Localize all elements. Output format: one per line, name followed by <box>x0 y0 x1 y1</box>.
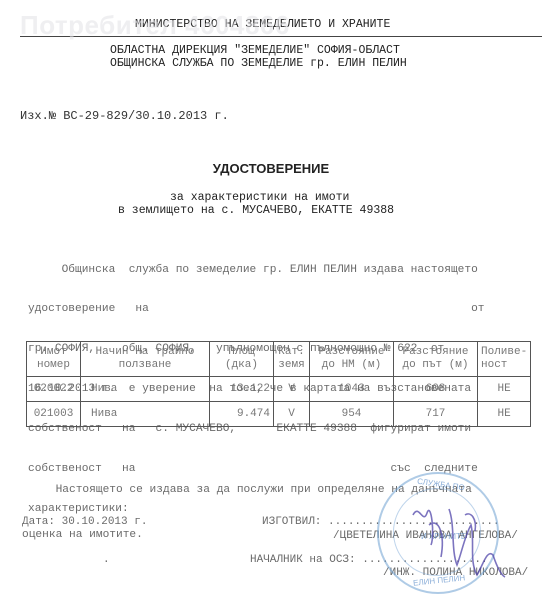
area: 13.122 <box>210 377 274 402</box>
area: 9.474 <box>210 402 274 427</box>
property-table: Имотномер Начин на трайноползване Площ(д… <box>26 341 531 427</box>
land-use: Нива <box>81 377 210 402</box>
header-distance-settlement: Разстояниедо НМ (м) <box>310 342 394 377</box>
issue-date: Дата: 30.10.2013 г. <box>22 516 147 528</box>
header-distance-road: Разстояниедо път (м) <box>394 342 478 377</box>
land-use: Нива <box>81 402 210 427</box>
stray-dot: . <box>103 554 110 566</box>
body-line: удостоверение на от <box>28 303 485 316</box>
land-category: V <box>274 402 310 427</box>
table-row: 021003 Нива 9.474 V 954 717 НЕ <box>27 402 531 427</box>
header-irrigation: Поливе-ност <box>478 342 531 377</box>
property-number: 021003 <box>27 402 81 427</box>
irrigation: НЕ <box>478 402 531 427</box>
body-line: Общинска служба по земеделие гр. ЕЛИН ПЕ… <box>28 264 485 277</box>
distance-road: 608 <box>394 377 478 402</box>
property-number: 020022 <box>27 377 81 402</box>
subtitle-line-2: в землището на с. МУСАЧЕВО, ЕКАТТЕ 49388 <box>118 204 394 217</box>
watermark: Потребител 4604866 <box>20 10 290 41</box>
table-header-row: Имотномер Начин на трайноползване Площ(д… <box>27 342 531 377</box>
distance-settlement: 954 <box>310 402 394 427</box>
header-land-use: Начин на трайноползване <box>81 342 210 377</box>
outgoing-number: Изх.№ ВС-29-829/30.10.2013 г. <box>20 109 229 123</box>
header-land-category: Кат.земя <box>274 342 310 377</box>
header-property-number: Имотномер <box>27 342 81 377</box>
signature <box>405 495 515 585</box>
header-area: Площ(дка) <box>210 342 274 377</box>
land-category: V <box>274 377 310 402</box>
irrigation: НЕ <box>478 377 531 402</box>
distance-road: 717 <box>394 402 478 427</box>
directorate-heading: ОБЛАСТНА ДИРЕКЦИЯ "ЗЕМЕДЕЛИЕ" СОФИЯ-ОБЛА… <box>110 44 400 57</box>
service-heading: ОБЩИНСКА СЛУЖБА ПО ЗЕМЕДЕЛИЕ гр. ЕЛИН ПЕ… <box>110 57 407 70</box>
table-row: 020022 Нива 13.122 V 1043 608 НЕ <box>27 377 531 402</box>
document-title: УДОСТОВЕРЕНИЕ <box>0 161 550 176</box>
distance-settlement: 1043 <box>310 377 394 402</box>
subtitle-line-1: за характеристики на имоти <box>170 191 349 204</box>
